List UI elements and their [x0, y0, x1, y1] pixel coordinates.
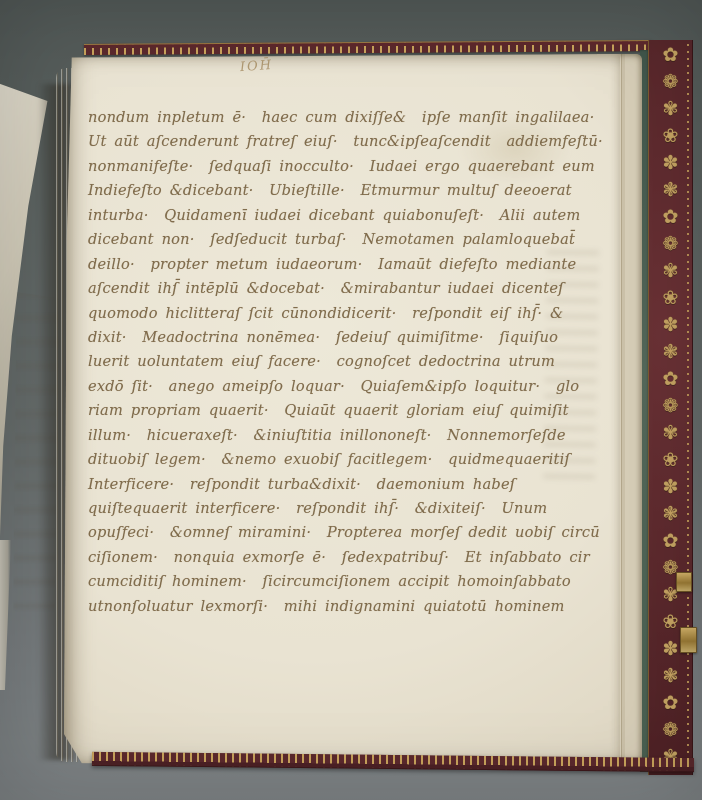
brass-clasp-lower — [680, 627, 697, 653]
running-title: IOH̄ — [240, 58, 274, 75]
facing-page-edge — [0, 540, 11, 690]
manuscript-line: Ut aūt aſcenderunt fratreſ eiuſ· tunc&ip… — [88, 130, 608, 154]
right-binding-cover: ✿ ❁ ✾ ❀ ✽ ❃ ✿ ❁ ✾ ❀ ✽ ❃ ✿ ❁ ✾ ❀ ✽ ❃ ✿ ❁ … — [648, 40, 693, 775]
text-block: nondum inpletum ē· haec cum dixiſſe& ipſ… — [88, 106, 608, 619]
manuscript-line: ciſionem· nonquia exmorſe ē· ſedexpatrib… — [88, 546, 608, 570]
manuscript-line: cumciditiſ hominem· ſicircumciſionem acc… — [88, 570, 608, 594]
manuscript-page: IOH̄ nondum inpletum ē· haec cum dixiſſe… — [64, 54, 620, 766]
manuscript-line: deillo· propter metum iudaeorum· Iamaūt … — [88, 253, 608, 277]
top-binding-edge — [84, 40, 652, 55]
gilt-floral-tooling: ✿ ❁ ✾ ❀ ✽ ❃ ✿ ❁ ✾ ❀ ✽ ❃ ✿ ❁ ✾ ❀ ✽ ❃ ✿ ❁ … — [649, 42, 692, 771]
manuscript-line: Indiefeſto &dicebant· Ubieſtille· Etmurm… — [88, 179, 608, 203]
brass-clasp-upper — [676, 572, 692, 592]
manuscript-line: nondum inpletum ē· haec cum dixiſſe& ipſ… — [88, 106, 608, 130]
manuscript-line: exdō ſit· anego ameipſo loquar· Quiaſem&… — [88, 375, 608, 399]
manuscript-line: quomodo hiclitteraſ ſcit cūnondidicerit·… — [88, 302, 608, 326]
manuscript-line: luerit uoluntatem eiuſ facere· cognoſcet… — [88, 350, 608, 374]
manuscript-line: inturba· Quidamenī iudaei dicebant quiab… — [88, 204, 608, 228]
manuscript-line: dituobiſ legem· &nemo exuobiſ facitlegem… — [88, 448, 608, 472]
manuscript-line: quiſtequaerit interficere· reſpondit ihſ… — [88, 497, 608, 521]
manuscript-line: illum· hicueraxeſt· &iniuſtitia inillono… — [88, 424, 608, 448]
manuscript-line: opuſfeci· &omneſ miramini· Propterea mor… — [88, 521, 608, 545]
manuscript-line: dicebant non· ſedſeducit turbaſ· Nemotam… — [88, 228, 608, 252]
manuscript-line: Interficere· reſpondit turba&dixit· daem… — [88, 473, 608, 497]
manuscript-line: nonmanifeſte· ſedquaſi inocculto· Iudaei… — [88, 155, 608, 179]
manuscript-line: utnonſoluatur lexmorſi· mihi indignamini… — [88, 595, 608, 619]
manuscript-line: riam propriam quaerit· Quiaūt quaerit gl… — [88, 399, 608, 423]
manuscript-line: dixit· Meadoctrina nonēmea· ſedeiuſ quim… — [88, 326, 608, 350]
manuscript-photograph: ✿ ❁ ✾ ❀ ✽ ❃ ✿ ❁ ✾ ❀ ✽ ❃ ✿ ❁ ✾ ❀ ✽ ❃ ✿ ❁ … — [0, 0, 702, 800]
manuscript-line: aſcendit ihſ̄ intēplū &docebat· &miraban… — [88, 277, 608, 301]
